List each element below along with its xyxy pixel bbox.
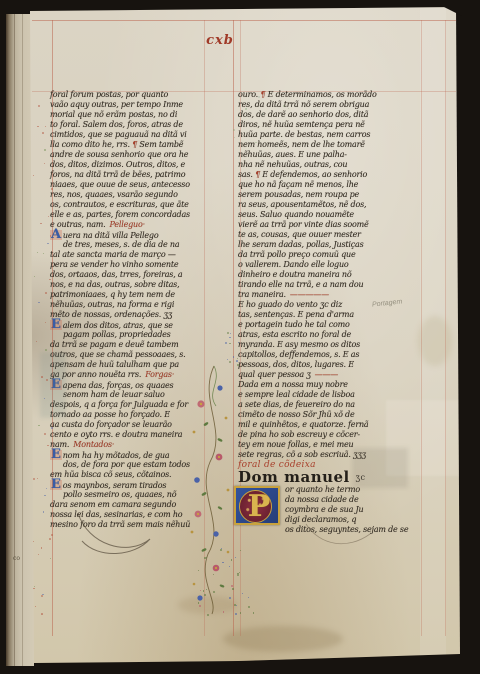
- manuscript-text-line: capitollos, deffendemos, s. E as: [238, 350, 424, 360]
- penwork-initial: E: [50, 480, 62, 490]
- manuscript-text-line: foros, na ditã trrã de bẽes, patrimo: [50, 170, 208, 180]
- manuscript-text-line: atras, esta escrito no foral de: [238, 330, 424, 340]
- manuscript-text-line: lla como dito he, rrs. ¶ Sem tambẽ: [50, 140, 208, 150]
- folio-number: cxb: [200, 33, 240, 48]
- manuscript-text-line: sas. ¶ E defendemos, ao senhorio: [238, 170, 424, 180]
- penwork-initial: A: [50, 230, 62, 240]
- manuscript-text-line: tal ate sancta maria de março —: [50, 250, 208, 260]
- manuscript-text-line: res, nos, quaaes, vsarão segundo: [50, 190, 208, 200]
- manuscript-text-line: nha nẽ nehuũas, outras, cou: [238, 160, 424, 170]
- manuscript-text-line: cento e oyto rrs. e doutra maneira: [50, 430, 208, 440]
- ink-speckle: [236, 360, 238, 362]
- ink-speckle: [227, 332, 229, 334]
- ink-speckle: [238, 342, 239, 343]
- manuscript-text-line: morial que nõ erãm postas, no di: [50, 110, 208, 120]
- manuscript-text-line: despois, q a força for Julguada e for: [50, 400, 208, 410]
- ink-speckle: [41, 376, 43, 378]
- manuscript-text-line: Ealem dos ditos, atras, que se: [50, 320, 208, 330]
- manuscript-text-line: res, da ditã trrã nõ serem obrigua: [238, 100, 424, 110]
- ink-speckle: [229, 361, 231, 363]
- penwork-initial: E: [50, 450, 62, 460]
- rubric: Pelleguo·: [110, 220, 145, 229]
- ink-speckle: [248, 606, 250, 608]
- manuscript-text-line: pollo sesmeiro os, quaaes, nõ: [50, 490, 208, 500]
- manuscript-text-line: mẽto de nossas, ordenações. ʒʒ: [50, 310, 208, 320]
- ink-speckle: [38, 425, 39, 426]
- manuscript-text-line: mil e quinhẽtos, e quatorze. fernã: [238, 420, 424, 430]
- manuscript-text-line: da trrã se pagam e deuẽ tambem: [50, 340, 208, 350]
- ink-speckle: [41, 595, 43, 597]
- manuscript-text-line: tornado aa posse ho forçado. E: [50, 410, 208, 420]
- manuscript-text-line: em hũa bisca cõ seus, cõtainos.: [50, 470, 208, 480]
- manuscript-text-line: dos, ditos, dizimos. Outros, ditos, e: [50, 160, 208, 170]
- manuscript-text-line: myranda. E asy mesmo os ditos: [238, 340, 424, 350]
- manuscript-text-line: vaão aquy outras, per tempo Inme: [50, 100, 208, 110]
- manuscript-text-line: dos, de darẽ ao senhorio dos, ditã: [238, 110, 424, 120]
- manuscript-text-line: aa custa do forçador se leuarão: [50, 420, 208, 430]
- manuscript-text-line: ouro. ¶ E determinamos, os morãdo: [238, 90, 424, 100]
- ink-speckle: [246, 108, 247, 109]
- manuscript-text-line: cimẽto de nosso Sõr Jhũ xõ de: [238, 410, 424, 420]
- ink-speckle: [49, 538, 51, 540]
- manuscript-text-line: dos, de fora por que estam todos: [50, 460, 208, 470]
- illuminated-initial-letter: P: [236, 487, 282, 527]
- pilcrow-mark: ¶: [260, 90, 265, 99]
- manuscript-text-line: ga por anno nouẽta rrs.Forgas·: [50, 370, 208, 380]
- ruling-line: [445, 20, 446, 636]
- ink-speckle: [229, 597, 231, 599]
- ink-speckle: [50, 558, 51, 559]
- manuscript-text-line: tas, sentenças. E pena d'arma: [238, 310, 424, 320]
- manuscript-text-line: ra seus, apousentamẽtos, nẽ dos,: [238, 200, 424, 210]
- manuscript-text-line: pera se vender ho vinho somente: [50, 260, 208, 270]
- manuscript-text-line: nẽhuũas, aues. E une palha-: [238, 150, 424, 160]
- pen-flourish: [70, 505, 180, 565]
- ink-speckle: [42, 594, 44, 596]
- ink-speckle: [45, 322, 46, 323]
- manuscript-text-line: patrimoniaaes, q hy tem nem de: [50, 290, 208, 300]
- ink-speckle: [204, 594, 206, 596]
- manuscript-text-line: elle e as, partes, forem concordadas: [50, 210, 208, 220]
- manuscript-text-line: Eos maynbos, seram tirados: [50, 480, 208, 490]
- manuscript-text-line: pagam pollas, propriedades: [50, 330, 208, 340]
- ink-speckle: [46, 379, 48, 381]
- ink-speckle: [283, 105, 285, 107]
- rubric: Forgas·: [145, 370, 174, 379]
- ink-speckle: [42, 132, 44, 134]
- ink-speckle: [44, 149, 46, 151]
- ink-speckle: [237, 364, 239, 366]
- manuscript-text-line: to foral. Salem dos, foros, atras de: [50, 120, 208, 130]
- ink-speckle: [37, 252, 38, 253]
- manuscript-text-line: os, contrautos, e escrituras, que ãte: [50, 200, 208, 210]
- manuscript-text-line: tirando elle na trrã, e a nam dou: [238, 280, 424, 290]
- manuscript-text-line: foral forum postas, por quanto: [50, 90, 208, 100]
- manuscript-text-line: Enom ha hy mõtados, de gua: [50, 450, 208, 460]
- ink-speckle: [44, 398, 45, 399]
- manuscript-text-line: Auera na ditã villa Pellego: [50, 230, 208, 240]
- pilcrow-mark: ¶: [132, 140, 137, 149]
- left-text-column: foral forum postas, por quantovaão aquy …: [50, 90, 208, 530]
- manuscript-text-line: nẽhuũas, outras, na forma e rigi: [50, 300, 208, 310]
- manuscript-text-line: huũa parte. de bestas, nem carros: [238, 130, 424, 140]
- ink-speckle: [204, 557, 206, 559]
- manuscript-text-line: outros, que se chamã pessoaaes, s.: [50, 350, 208, 360]
- ruling-line: [32, 20, 456, 21]
- manuscript-text-line: a sete dias, de feuereiro do na: [238, 400, 424, 410]
- ink-speckle: [239, 572, 240, 573]
- manuscript-text-line: de tres, meses, s. de dia de na: [50, 240, 208, 250]
- ink-speckle: [51, 188, 53, 190]
- book-gutter-leaf-edges: [6, 14, 34, 666]
- ink-speckle: [44, 433, 46, 435]
- manuscript-text-line: pessoas, dos, ditos, lugares. E: [238, 360, 424, 370]
- ink-speckle: [38, 105, 40, 107]
- ink-speckle: [43, 253, 44, 254]
- ink-speckle: [258, 96, 260, 98]
- manuscript-text-line: Dada em a nossa muy nobre: [238, 380, 424, 390]
- manuscript-text-line: de pina ho sob escreuy e cõcer-: [238, 430, 424, 440]
- rubric: ———: [315, 370, 338, 379]
- ink-speckle: [229, 566, 230, 567]
- ink-speckle: [231, 585, 233, 587]
- manuscript-text-line: dos, ortaaos, das, trres, foreiras, a: [50, 270, 208, 280]
- manuscript-text-line: o vallerem. Dando elle loguo: [238, 260, 424, 270]
- manuscript-text-line: da trrã pollo preço comuũ que: [238, 250, 424, 260]
- manuscript-text-line: lhe seram dadas, pollas, Justiças: [238, 240, 424, 250]
- manuscript-text-line: e portagein tudo he tal como: [238, 320, 424, 330]
- manuscript-text-line: seus. Saluo quando nouamẽte: [238, 210, 424, 220]
- ink-speckle: [255, 142, 256, 143]
- ink-speckle: [41, 613, 43, 615]
- pen-flourish: [300, 520, 380, 556]
- manuscript-text-line: qual quer pessoa ʒ———: [238, 370, 424, 380]
- show-through-smudge: [352, 448, 408, 488]
- manuscript-text-line: e sempre leal cidade de lisboa: [238, 390, 424, 400]
- manuscript-text-line: e outras, nam.Pelleguo·: [50, 220, 208, 230]
- ink-speckle: [36, 341, 37, 342]
- manuscript-text-line: Eapena das, forças, os quaaes: [50, 380, 208, 390]
- ink-speckle: [34, 586, 35, 587]
- rubric: —————: [290, 290, 329, 299]
- manuscript-text-line: nem homeẽs, nem de lhe tomarẽ: [238, 140, 424, 150]
- ink-speckle: [34, 276, 35, 277]
- ink-speckle: [38, 554, 39, 555]
- manuscript-text-line: serem pousadas, nem roupa pe: [238, 190, 424, 200]
- ink-speckle: [35, 606, 36, 607]
- manuscript-photo: cxb foral forum postas, por quantovaão a…: [0, 0, 480, 674]
- manuscript-text-line: diros, nẽ huũa semtença pera nẽ: [238, 120, 424, 130]
- floral-border-decoration: [186, 362, 240, 618]
- manuscript-text-line: dinheiro e doutra maneira nõ: [238, 270, 424, 280]
- paint-smudge: [40, 352, 66, 418]
- manuscript-text-line: nam.Montados·: [50, 440, 208, 450]
- ink-speckle: [236, 605, 237, 606]
- ink-speckle: [203, 590, 204, 591]
- gutter-edge-mark: co: [13, 555, 20, 562]
- manuscript-text-line: apensam de huũ talulham que pa: [50, 360, 208, 370]
- rubric: Montados·: [73, 440, 114, 449]
- manuscript-text-line: nos, e na das, outras, sobre ditas,: [50, 280, 208, 290]
- illuminated-initial-panel: P: [234, 486, 280, 525]
- pilcrow-mark: ¶: [255, 170, 260, 179]
- manuscript-text-line: senom ham de leuar saluo: [50, 390, 208, 400]
- manuscript-text-line: cimtidos, que se paguauã na ditã vi: [50, 130, 208, 140]
- manuscript-text-line: te as, cousas, que ouuer mester: [238, 230, 424, 240]
- manuscript-text-line: niaaes, que ouue de seus, antecesso: [50, 180, 208, 190]
- ink-speckle: [229, 343, 231, 345]
- ink-speckle: [288, 108, 289, 109]
- ink-speckle: [225, 342, 227, 344]
- ink-speckle: [51, 534, 53, 536]
- ink-speckle: [33, 175, 34, 176]
- penwork-initial: E: [50, 320, 62, 330]
- manuscript-text-line: vierẽ aa trrã por vinte dias soomẽ: [238, 220, 424, 230]
- manuscript-text-line: andre de sousa senhorio que ora he: [50, 150, 208, 160]
- parchment-stain: [223, 626, 343, 652]
- ink-speckle: [44, 495, 45, 496]
- manuscript-text-line: que ho nã façam nẽ menos, lhe: [238, 180, 424, 190]
